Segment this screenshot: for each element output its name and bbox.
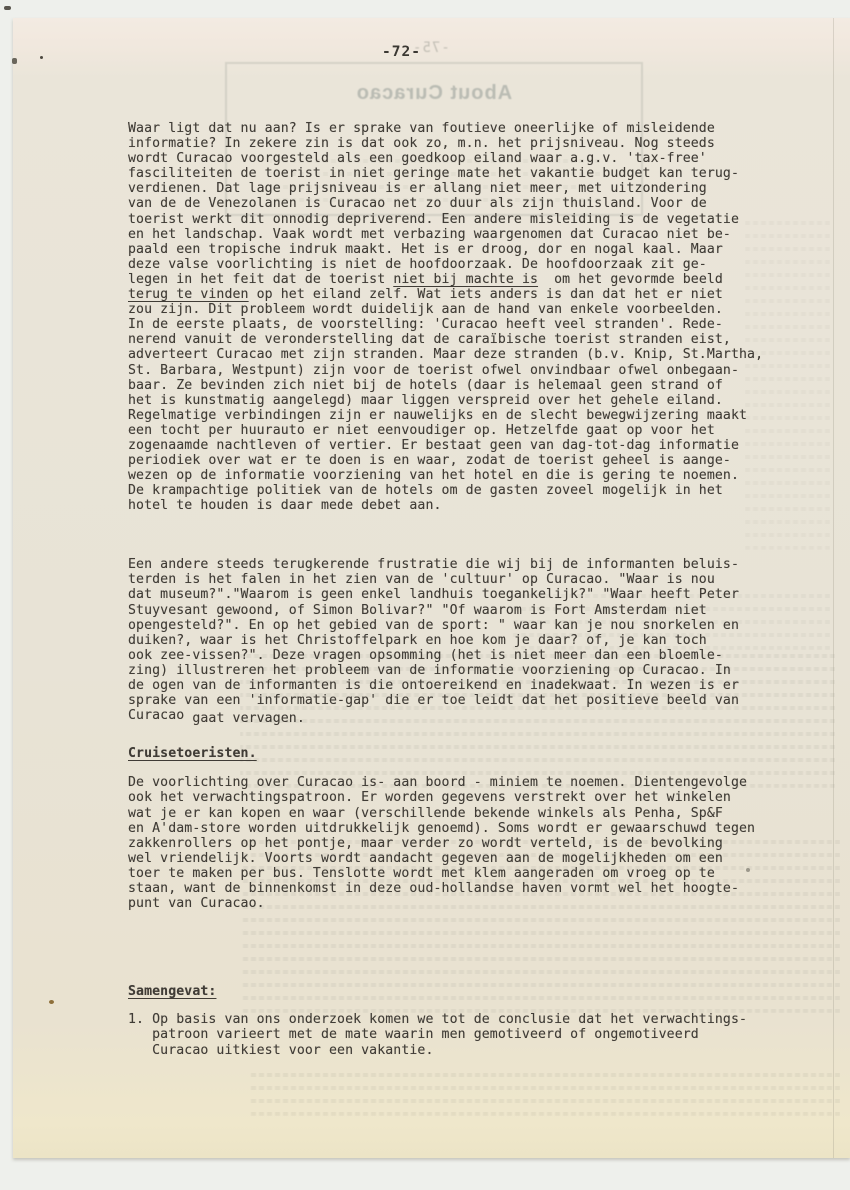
text-segment: periodiek over wat er te doen is en waar…: [128, 453, 731, 468]
scan-speck: [49, 1000, 54, 1004]
text-segment: zou zijn. Dit probleem wordt duidelijk a…: [128, 302, 723, 317]
text-segment: ook het verwachtingspatroon. Er worden g…: [128, 790, 731, 805]
text-segment: gaat vervagen.: [192, 711, 305, 726]
text-segment: duiken?, waar is het Christoffelpark en …: [128, 633, 707, 648]
text-line: terug te vinden op het eiland zelf. Wat …: [128, 287, 808, 302]
text-segment: baar. Ze bevinden zich niet bij de hotel…: [128, 378, 723, 393]
text-segment: wat je er kan kopen en waar (verschillen…: [128, 806, 723, 821]
text-line: duiken?, waar is het Christoffelpark en …: [128, 633, 808, 648]
text-line: baar. Ze bevinden zich niet bij de hotel…: [128, 378, 808, 393]
text-segment: staan, want de binnenkomst in deze oud-h…: [128, 881, 739, 896]
text-line: van de de Venezolanen is Curacao net zo …: [128, 196, 808, 211]
text-segment: Een andere steeds terugkerende frustrati…: [128, 557, 739, 572]
text-segment: De krampachtige politiek van de hotels o…: [128, 483, 723, 498]
text-segment: punt van Curacao.: [128, 896, 265, 911]
text-line: Curacao uitkiest voor een vakantie.: [128, 1043, 808, 1058]
text-line: 1. Op basis van ons onderzoek komen we t…: [128, 1012, 808, 1027]
text-line: terden is het falen in het zien van de '…: [128, 572, 808, 587]
text-line: toerist werkt dit onnodig depriverend. E…: [128, 212, 808, 227]
text-segment: fasciliteiten de toerist in niet geringe…: [128, 166, 739, 181]
text-segment: het is kunstmatig aangelegd) maar liggen…: [128, 393, 723, 408]
text-segment: De voorlichting over Curacao is- aan boo…: [128, 775, 747, 790]
text-line: de ogen van de informanten is die ontoer…: [128, 678, 808, 693]
text-segment: Curacao uitkiest voor een vakantie.: [128, 1043, 434, 1058]
text-line: en het landschap. Vaak wordt met verbazi…: [128, 227, 808, 242]
text-segment: wezen op de informatie voorziening van h…: [128, 468, 739, 483]
text-segment: en A'dam-store worden uitdrukkelijk geno…: [128, 821, 755, 836]
text-line: periodiek over wat er te doen is en waar…: [128, 453, 808, 468]
text-line: dat museum?"."Waarom is geen enkel landh…: [128, 587, 808, 602]
text-line: Stuyvesant gewoond, of Simon Bolivar?" "…: [128, 603, 808, 618]
underlined-text: Cruisetoeristen.: [128, 746, 257, 761]
scan-speck: [12, 58, 17, 64]
scan-speck: [40, 56, 43, 59]
text-segment: patroon varieert met de mate waarin men …: [128, 1027, 699, 1042]
text-segment: toerist werkt dit onnodig depriverend. E…: [128, 212, 739, 227]
text-line: zing) illustreren het probleem van de in…: [128, 663, 808, 678]
text-line: adverteert Curacao met zijn stranden. Ma…: [128, 347, 808, 362]
text-line: ook zee-vissen?". Deze vragen opsomming …: [128, 648, 808, 663]
text-line: wel vriendelijk. Voorts wordt aandacht g…: [128, 851, 808, 866]
page-number: -72-: [382, 44, 421, 60]
text-segment: en het landschap. Vaak wordt met verbazi…: [128, 227, 731, 242]
text-line: en A'dam-store worden uitdrukkelijk geno…: [128, 821, 808, 836]
text-line: opengesteld?". En op het gebied van de s…: [128, 618, 808, 633]
text-segment: opengesteld?". En op het gebied van de s…: [128, 618, 739, 633]
text-line: St. Barbara, Westpunt) zijn voor de toer…: [128, 363, 808, 378]
text-segment: nerend vanuit de veronderstelling dat de…: [128, 332, 731, 347]
text-line: Waar ligt dat nu aan? Is er sprake van f…: [128, 121, 808, 136]
text-segment: zing) illustreren het probleem van de in…: [128, 663, 731, 678]
text-line: informatie? In zekere zin is dat ook zo,…: [128, 136, 808, 151]
numbered-list: 1. Op basis van ons onderzoek komen we t…: [128, 1012, 808, 1057]
text-line: wezen op de informatie voorziening van h…: [128, 468, 808, 483]
text-line: wat je er kan kopen en waar (verschillen…: [128, 806, 808, 821]
text-line: deze valse voorlichting is niet de hoofd…: [128, 257, 808, 272]
text-line: toer te maken per bus. Tenslotte wordt m…: [128, 866, 808, 881]
text-segment: deze valse voorlichting is niet de hoofd…: [128, 257, 707, 272]
text-segment: paald een tropische indruk maakt. Het is…: [128, 242, 723, 257]
text-line: zogenaamde nachtleven of vertier. Er bes…: [128, 438, 808, 453]
text-segment: St. Barbara, Westpunt) zijn voor de toer…: [128, 363, 739, 378]
text-segment: verdienen. Dat lage prijsniveau is er al…: [128, 181, 707, 196]
text-line: hotel te houden is daar mede debet aan.: [128, 498, 808, 513]
text-segment: Waar ligt dat nu aan? Is er sprake van f…: [128, 121, 715, 136]
text-line: staan, want de binnenkomst in deze oud-h…: [128, 881, 808, 896]
text-segment: wordt Curacao voorgesteld als een goedko…: [128, 151, 707, 166]
text-line: het is kunstmatig aangelegd) maar liggen…: [128, 393, 808, 408]
text-segment: sprake van een 'informatie-gap' die er t…: [128, 693, 739, 708]
text-segment: ook zee-vissen?". Deze vragen opsomming …: [128, 648, 723, 663]
text-line: Cruisetoeristen.: [128, 746, 808, 761]
text-segment: de ogen van de informanten is die ontoer…: [128, 678, 739, 693]
text-segment: om het gevormde beeld: [538, 272, 723, 287]
text-segment: zakkenrollers op het pontje, maar verder…: [128, 836, 723, 851]
text-line: Een andere steeds terugkerende frustrati…: [128, 557, 808, 572]
text-line: verdienen. Dat lage prijsniveau is er al…: [128, 181, 808, 196]
text-line: Regelmatige verbindingen zijn er nauweli…: [128, 408, 808, 423]
text-segment: informatie? In zekere zin is dat ook zo,…: [128, 136, 715, 151]
underlined-text: niet bij machte is: [393, 272, 538, 287]
text-segment: van de de Venezolanen is Curacao net zo …: [128, 196, 707, 211]
text-line: zakkenrollers op het pontje, maar verder…: [128, 836, 808, 851]
paragraph: De voorlichting over Curacao is- aan boo…: [128, 775, 808, 911]
section-heading: Samengevat:: [128, 984, 808, 999]
text-segment: In de eerste plaats, de voorstelling: 'C…: [128, 317, 723, 332]
text-segment: Regelmatige verbindingen zijn er nauweli…: [128, 408, 747, 423]
text-line: ook het verwachtingspatroon. Er worden g…: [128, 790, 808, 805]
text-line: De voorlichting over Curacao is- aan boo…: [128, 775, 808, 790]
text-line: sprake van een 'informatie-gap' die er t…: [128, 693, 808, 708]
text-line: nerend vanuit de veronderstelling dat de…: [128, 332, 808, 347]
paragraph: Waar ligt dat nu aan? Is er sprake van f…: [128, 121, 808, 513]
text-line: wordt Curacao voorgesteld als een goedko…: [128, 151, 808, 166]
text-line: punt van Curacao.: [128, 896, 808, 911]
text-line: Samengevat:: [128, 984, 808, 999]
text-segment: adverteert Curacao met zijn stranden. Ma…: [128, 347, 763, 362]
text-segment: op het eiland zelf. Wat iets anders is d…: [249, 287, 723, 302]
document-text: Waar ligt dat nu aan? Is er sprake van f…: [128, 121, 808, 1058]
text-line: Curacao gaat vervagen.: [128, 708, 808, 723]
text-segment: wel vriendelijk. Voorts wordt aandacht g…: [128, 851, 723, 866]
text-segment: legen in het feit dat de toerist: [128, 272, 393, 287]
text-line: patroon varieert met de mate waarin men …: [128, 1027, 808, 1042]
underlined-text: Samengevat:: [128, 984, 216, 999]
text-segment: een tocht per huurauto er niet eenvoudig…: [128, 423, 715, 438]
text-segment: Stuyvesant gewoond, of Simon Bolivar?" "…: [128, 603, 707, 618]
text-segment: terden is het falen in het zien van de '…: [128, 572, 715, 587]
text-line: legen in het feit dat de toerist niet bi…: [128, 272, 808, 287]
text-segment: toer te maken per bus. Tenslotte wordt m…: [128, 866, 715, 881]
paper-edge-line: [833, 18, 834, 1158]
text-line: een tocht per huurauto er niet eenvoudig…: [128, 423, 808, 438]
text-line: In de eerste plaats, de voorstelling: 'C…: [128, 317, 808, 332]
underlined-text: terug te vinden: [128, 287, 249, 302]
text-line: De krampachtige politiek van de hotels o…: [128, 483, 808, 498]
scanned-page: { "page": { "number": "-72-", "ghost_num…: [0, 0, 850, 1190]
text-segment: dat museum?"."Waarom is geen enkel landh…: [128, 587, 739, 602]
scan-speck: [4, 6, 11, 10]
text-segment: zogenaamde nachtleven of vertier. Er bes…: [128, 438, 739, 453]
text-segment: Curacao: [128, 708, 192, 723]
text-segment: hotel te houden is daar mede debet aan.: [128, 498, 442, 513]
paragraph: Een andere steeds terugkerende frustrati…: [128, 557, 808, 723]
section-heading: Cruisetoeristen.: [128, 746, 808, 761]
text-segment: 1. Op basis van ons onderzoek komen we t…: [128, 1012, 747, 1027]
text-line: zou zijn. Dit probleem wordt duidelijk a…: [128, 302, 808, 317]
text-line: paald een tropische indruk maakt. Het is…: [128, 242, 808, 257]
text-line: fasciliteiten de toerist in niet geringe…: [128, 166, 808, 181]
